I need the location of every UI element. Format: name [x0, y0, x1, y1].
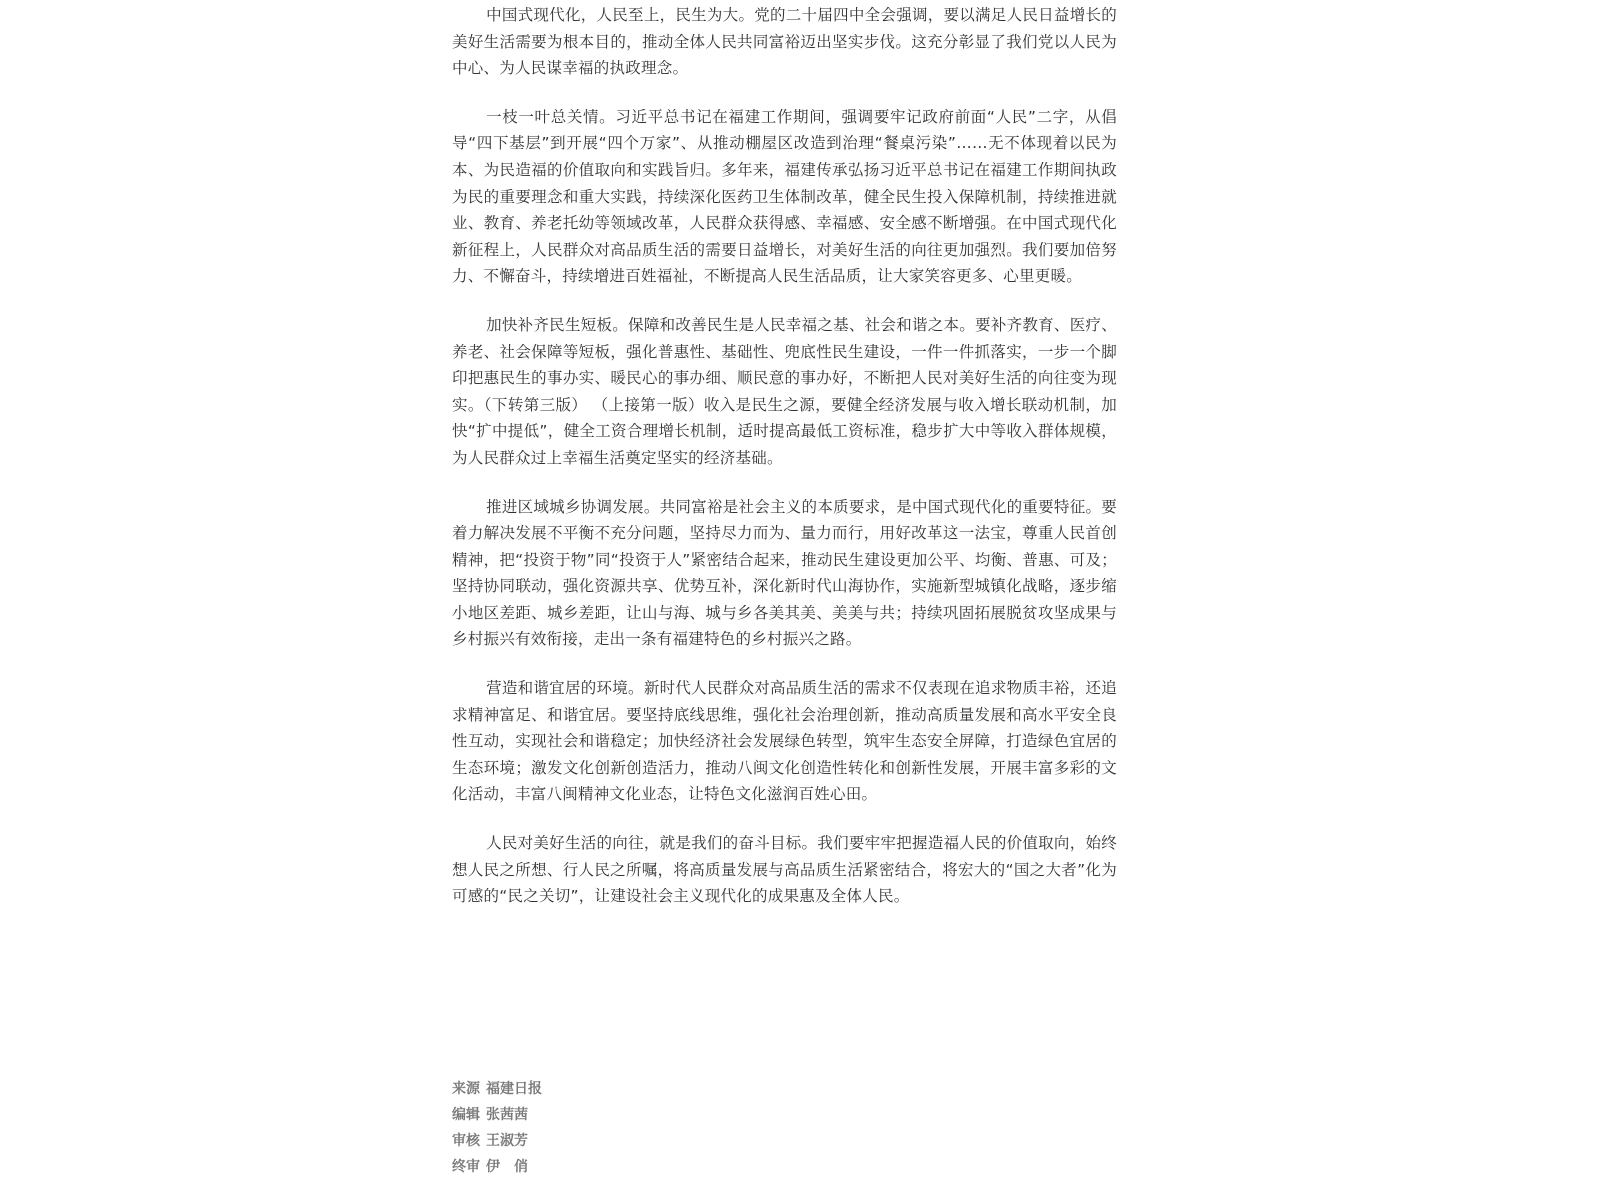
credit-label: 终审 — [452, 1154, 480, 1180]
credit-label: 编辑 — [452, 1102, 480, 1128]
credit-value: 伊 俏 — [486, 1154, 528, 1180]
credit-editor: 编辑 张茜茜 — [452, 1102, 542, 1128]
credit-value: 张茜茜 — [486, 1102, 528, 1128]
credit-value: 王淑芳 — [486, 1128, 528, 1154]
credit-source: 来源 福建日报 — [452, 1076, 542, 1102]
article-paragraph: 人民对美好生活的向往，就是我们的奋斗目标。我们要牢牢把握造福人民的价值取向，始终… — [452, 830, 1117, 910]
article-paragraph: 营造和谐宜居的环境。新时代人民群众对高品质生活的需求不仅表现在追求物质丰裕，还追… — [452, 675, 1117, 808]
article-paragraph: 一枝一叶总关情。习近平总书记在福建工作期间，强调要牢记政府前面“人民”二字，从倡… — [452, 104, 1117, 290]
credit-label: 来源 — [452, 1076, 480, 1102]
credit-reviewer: 审核 王淑芳 — [452, 1128, 542, 1154]
article-body: 中国式现代化，人民至上，民生为大。党的二十届四中全会强调，要以满足人民日益增长的… — [452, 2, 1117, 932]
credit-final-reviewer: 终审 伊 俏 — [452, 1154, 542, 1180]
credit-label: 审核 — [452, 1128, 480, 1154]
article-paragraph: 推进区域城乡协调发展。共同富裕是社会主义的本质要求，是中国式现代化的重要特征。要… — [452, 494, 1117, 654]
credit-value: 福建日报 — [486, 1076, 542, 1102]
article-credits: 来源 福建日报 编辑 张茜茜 审核 王淑芳 终审 伊 俏 — [452, 1076, 542, 1180]
article-paragraph: 加快补齐民生短板。保障和改善民生是人民幸福之基、社会和谐之本。要补齐教育、医疗、… — [452, 312, 1117, 472]
article-paragraph: 中国式现代化，人民至上，民生为大。党的二十届四中全会强调，要以满足人民日益增长的… — [452, 2, 1117, 82]
